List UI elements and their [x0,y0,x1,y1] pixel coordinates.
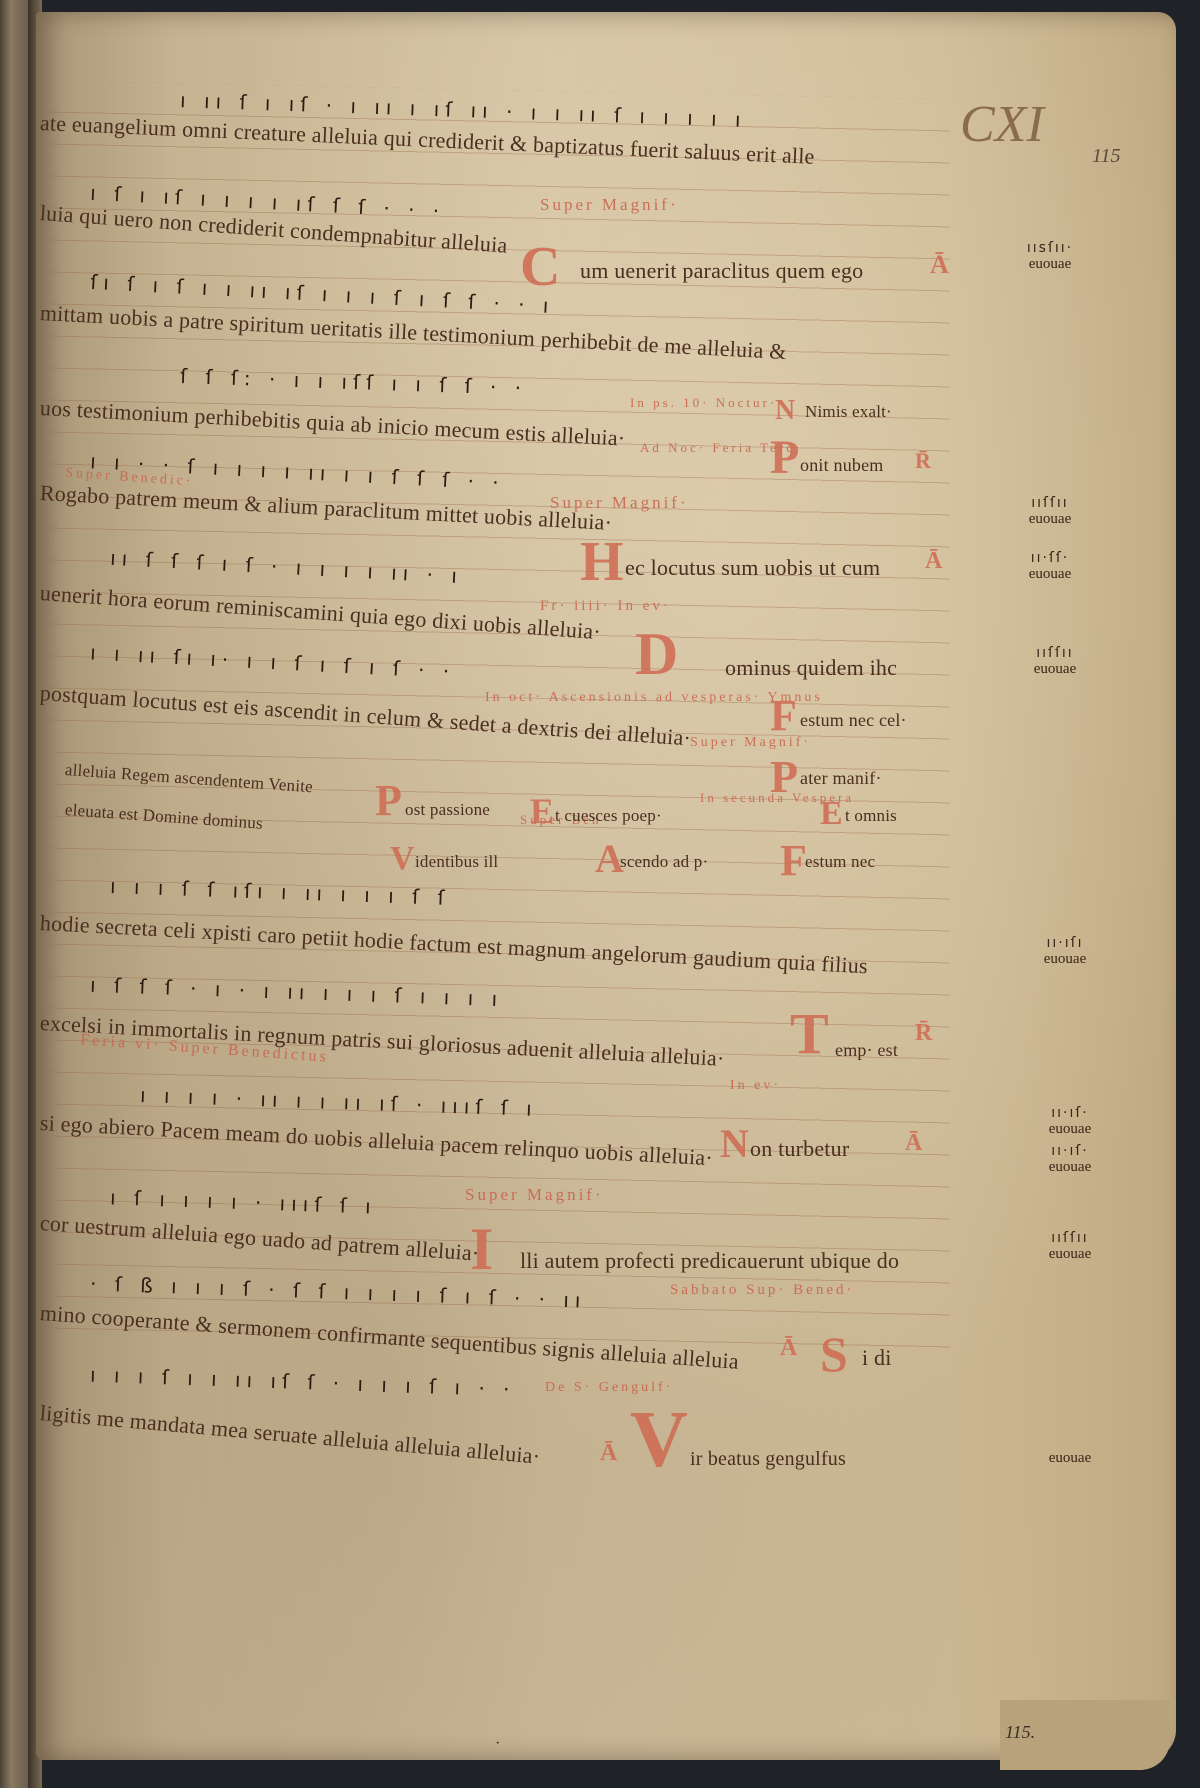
differentia-label: euouae [1030,1246,1110,1262]
chant-line: hodie secreta celi xpisti caro petiit ho… [39,910,868,979]
antiphon-incipit: on turbetur [750,1136,849,1162]
neume-row: ſ ſ ſ: · ı ı ıſſ ı ı ſ ſ · · [180,364,528,400]
initial-letter: T [790,1000,829,1067]
differentia-neumes: ıısſıı· [1010,240,1090,256]
initial-letter: F [770,690,797,741]
rubric: Super Magnif· [465,1185,604,1205]
rubric: Super Magnif· [550,493,689,513]
chant-line: cor uestrum alleluia ego uado ad patrem … [39,1210,480,1267]
rubric: In ps. 10· Noctur· [630,395,777,411]
antiphon-incipit: Nimis exalt· [805,402,892,422]
antiphon-tag: Ā [930,250,949,280]
differentia: ııſſıı euouae [1010,495,1090,527]
antiphon-tag: R̄ [915,448,931,474]
differentia-label: euouae [1010,511,1090,527]
neume-row: ı ı ı ı · ıı ı ı ıı ıſ · ıııſ ſ ı [140,1083,538,1121]
initial-letter: N [720,1120,749,1167]
differentia: ıısſıı· euouae [1010,240,1090,272]
chant-line: eleuata est Domine dominus [64,800,263,834]
neume-row: ı ı ıı ſı ı· ı ı ſ ı ſ ı ſ · · [90,640,456,683]
antiphon-incipit: ir beatus gengulfus [690,1448,846,1471]
differentia: ıı·ſſ· euouae [1010,550,1090,582]
antiphon-incipit: lli autem profecti predicauerunt ubique … [520,1248,899,1274]
antiphon-tag: Ā [600,1440,617,1467]
initial-letter: H [580,530,624,594]
chant-line: ligitis me mandata mea seruate alleluia … [39,1400,541,1470]
antiphon-incipit: scendo ad p· [620,852,708,872]
neume-row: · ſ ß ı ı ı ſ · ſ ſ ı ı ı ı ſ ı ſ · · ıı [90,1271,587,1312]
differentia-label: euouae [1030,1159,1110,1175]
differentia-neumes: ıı·ſſ· [1010,550,1090,566]
differentia-label: euouae [1030,1450,1110,1466]
initial-letter: C [520,235,560,299]
differentia-label: euouae [1010,566,1090,582]
differentia: euouae [1030,1450,1110,1466]
neume-row: ıı ſ ſ ſ ı ſ · ı ı ı ı ıı · ı [110,546,464,588]
antiphon-incipit: identibus ill [415,852,498,872]
initial-letter: V [390,840,415,878]
antiphon-incipit: ost passione [405,800,490,820]
initial-letter: V [630,1395,688,1486]
differentia-neumes: ııſſıı [1010,495,1090,511]
antiphon-incipit: um uenerit paraclitus quem ego [580,258,863,284]
neume-row: ı ſ ı ı ı ı · ıııſ ſ ı [110,1185,377,1218]
antiphon-tag: Ā [925,548,942,575]
initial-letter: F [780,835,807,886]
differentia: ıı·ıſ· euouae [1030,1143,1110,1175]
antiphon-incipit: ominus quidem ihc [725,655,897,681]
differentia-label: euouae [1030,1121,1110,1137]
rubric: Super Magnif· [540,195,679,215]
initial-letter: S [820,1325,848,1383]
chant-line: Rogabo patrem meum & alium paraclitum mi… [39,480,612,536]
differentia-label: euouae [1015,661,1095,677]
chant-line: alleluia Regem ascendentem Venite [64,760,313,797]
initial-letter: D [635,620,678,689]
antiphon-incipit: estum nec [805,852,875,872]
initial-letter: I [470,1215,493,1284]
chant-line: si ego abiero Pacem meam do uobis allelu… [39,1110,713,1171]
initial-letter: N [775,395,795,427]
antiphon-tag: Ā [780,1335,797,1362]
neume-row: ı ı ı ſ ſ ıſı ı ıı ı ı ı ſ ſ [110,874,451,910]
neume-row: ı ſ ſ ſ · ı · ı ıı ı ı ı ſ ı ı ı ı [90,973,504,1011]
antiphon-tag: Ā [905,1130,922,1157]
antiphon-incipit: t cuesces poep· [555,806,662,826]
differentia: ııſſıı euouae [1015,645,1095,677]
differentia: ıı·ıſı euouae [1025,935,1105,967]
chant-line: uos testimonium perhibebitis quia ab ini… [39,395,626,452]
chant-line: uenerit hora eorum reminiscamini quia eg… [39,580,602,645]
neume-row: ı ı ı ſ ı ı ıı ıſ ſ · ı ı ı ſ ı · · [90,1363,516,1402]
differentia-neumes: ıı·ıſı [1025,935,1105,951]
chant-text-block: ı ıı ſ ı ıſ · ı ıı ı ıſ ıı · ı ı ıı ſ ı … [0,0,1200,1788]
initial-letter: P [770,430,799,485]
differentia: ıı·ıſ· euouae [1030,1105,1110,1137]
rubric: In ev· [730,1078,781,1094]
antiphon-incipit: t omnis [845,806,897,826]
differentia-neumes: ıı·ıſ· [1030,1105,1110,1121]
differentia-label: euouae [1025,951,1105,967]
antiphon-incipit: emp· est [835,1040,898,1061]
antiphon-tag: R̄ [915,1020,932,1047]
differentia-neumes: ıı·ıſ· [1030,1143,1110,1159]
antiphon-incipit: estum nec cel· [800,710,907,731]
rubric: De S· Gengulf· [545,1380,673,1396]
rubric: Fr· iiii· In ev· [540,598,671,615]
antiphon-incipit: onit nubem [800,455,884,476]
initial-letter: E [820,795,843,833]
rubric: Sabbato Sup· Bened· [670,1282,854,1299]
antiphon-incipit: ater manif· [800,768,882,789]
antiphon-incipit: i di [862,1345,892,1371]
initial-letter: E [530,790,554,832]
differentia-neumes: ııſſıı [1030,1230,1110,1246]
differentia-neumes: ııſſıı [1015,645,1095,661]
differentia-label: euouae [1010,256,1090,272]
differentia: ııſſıı euouae [1030,1230,1110,1262]
antiphon-incipit: ec locutus sum uobis ut cum [625,555,880,581]
initial-letter: P [770,750,798,803]
initial-letter: P [375,775,402,826]
